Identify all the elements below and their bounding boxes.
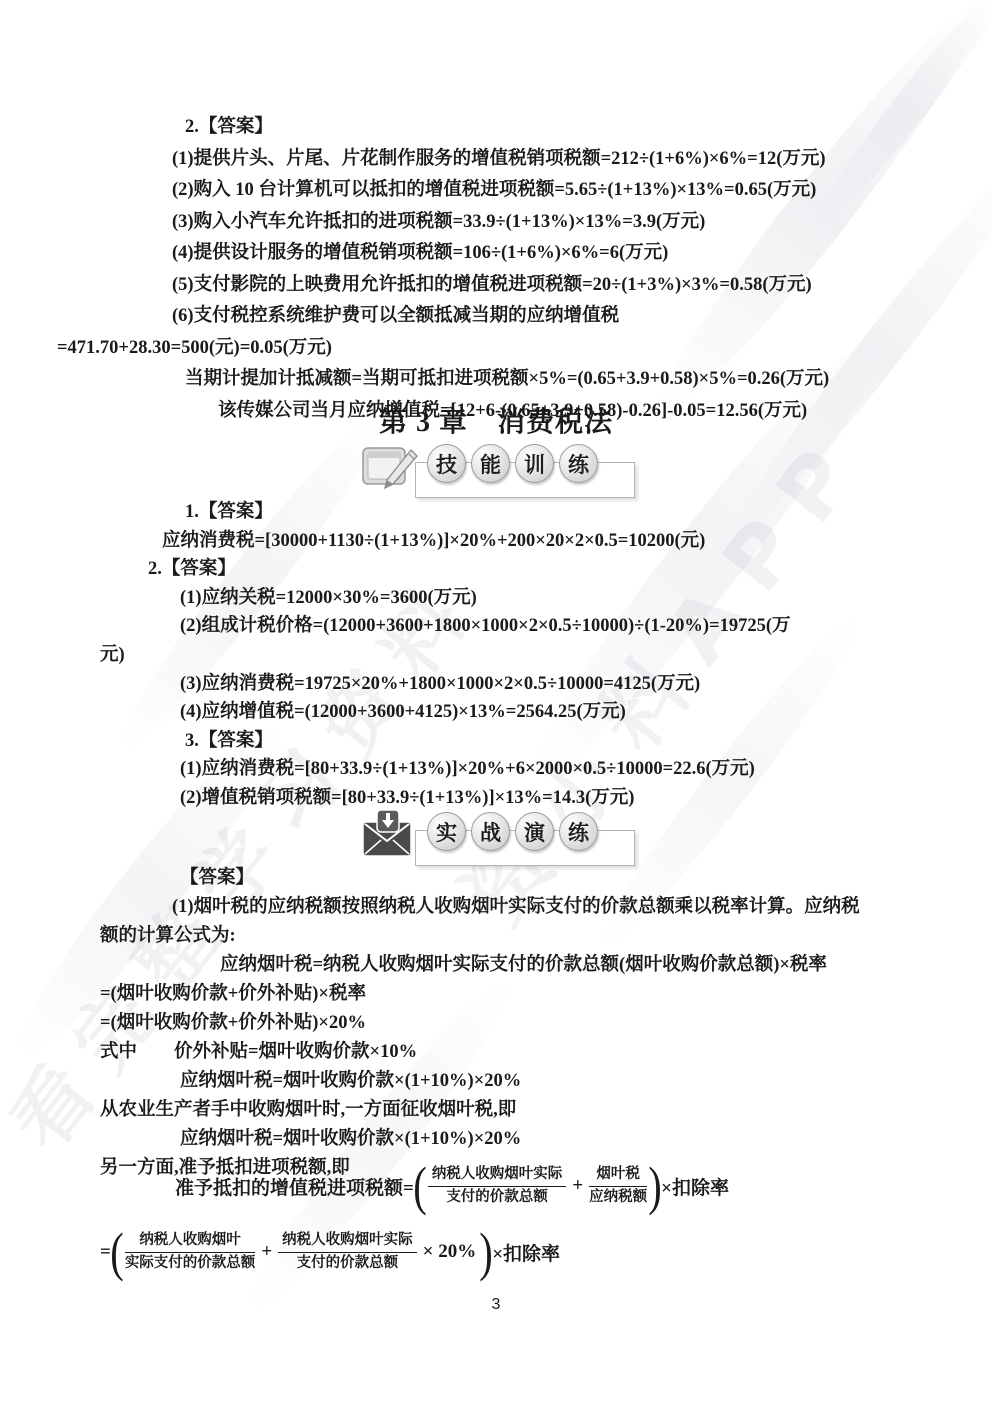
fraction: 纳税人收购烟叶实际支付的价款总额 bbox=[125, 1231, 256, 1273]
text-line: 额的计算公式为: bbox=[100, 922, 992, 951]
banner-char: 实 bbox=[427, 812, 466, 851]
text-line: 2.【答案】 bbox=[100, 112, 992, 144]
text-line: (1)提供片头、片尾、片花制作服务的增值税销项税额=212÷(1+6%)×6%=… bbox=[100, 144, 992, 176]
text-line: (5)支付影院的上映费用允许抵扣的增值税进项税额=20÷(1+3%)×3%=0.… bbox=[100, 270, 992, 302]
banner-char: 技 bbox=[427, 444, 466, 483]
text-line: 应纳烟叶税=纳税人收购烟叶实际支付的价款总额(烟叶收购价款总额)×税率 bbox=[100, 951, 992, 980]
text-line: 应纳消费税=[30000+1130÷(1+13%)]×20%+200×20×2×… bbox=[100, 527, 992, 556]
text-line: 元) bbox=[100, 641, 992, 670]
multiply-operator: × 20% bbox=[423, 1241, 477, 1262]
banner-char: 练 bbox=[559, 444, 598, 483]
close-paren: ) bbox=[648, 1162, 661, 1211]
answer-section-skill: 1.【答案】应纳消费税=[30000+1130÷(1+13%)]×20%+200… bbox=[100, 498, 992, 813]
text-line: (1)应纳消费税=[80+33.9÷(1+13%)]×20%+6×2000×0.… bbox=[100, 755, 992, 784]
fraction-numerator: 纳税人收购烟叶实际 bbox=[428, 1165, 567, 1187]
formula-lead: = bbox=[100, 1241, 111, 1262]
banner-label: 实战演练 bbox=[427, 812, 598, 851]
text-line: =(烟叶收购价款+价外补贴)×20% bbox=[100, 1009, 992, 1038]
fraction: 纳税人收购烟叶实际支付的价款总额 bbox=[278, 1231, 417, 1273]
text-line: (3)应纳消费税=19725×20%+1800×1000×2×0.5÷10000… bbox=[100, 670, 992, 699]
banner-char: 演 bbox=[515, 812, 554, 851]
fraction-denominator: 支付的价款总额 bbox=[278, 1253, 417, 1274]
answer-section-top: 2.【答案】(1)提供片头、片尾、片花制作服务的增值税销项税额=212÷(1+6… bbox=[100, 112, 992, 427]
text-line: 【答案】 bbox=[100, 864, 992, 893]
text-line: =471.70+28.30=500(元)=0.05(万元) bbox=[57, 333, 992, 365]
fraction-numerator: 纳税人收购烟叶 bbox=[125, 1231, 256, 1253]
fraction-numerator: 纳税人收购烟叶实际 bbox=[278, 1231, 417, 1253]
text-line: =(烟叶收购价款+价外补贴)×税率 bbox=[100, 980, 992, 1009]
chapter-title: 第 3 章 消费税法 bbox=[0, 400, 992, 440]
banner-practice-drill: 实战演练 bbox=[371, 808, 621, 864]
text-line: (1)应纳关税=12000×30%=3600(万元) bbox=[100, 584, 992, 613]
formula-tail: ×扣除率 bbox=[661, 1178, 729, 1199]
text-line: (2)购入 10 台计算机可以抵扣的增值税进项税额=5.65÷(1+13%)×1… bbox=[100, 175, 992, 207]
text-line: (4)提供设计服务的增值税销项税额=106÷(1+6%)×6%=6(万元) bbox=[100, 238, 992, 270]
text-line: 应纳烟叶税=烟叶收购价款×(1+10%)×20% bbox=[100, 1125, 992, 1154]
text-line: 从农业生产者手中收购烟叶时,一方面征收烟叶税,即 bbox=[100, 1096, 992, 1125]
text-line: (3)购入小汽车允许抵扣的进项税额=33.9÷(1+13%)×13%=3.9(万… bbox=[100, 207, 992, 239]
banner-char: 战 bbox=[471, 812, 510, 851]
fraction-numerator: 烟叶税 bbox=[589, 1165, 647, 1187]
banner-skill-training: 技能训练 bbox=[371, 440, 621, 496]
banner-char: 练 bbox=[559, 812, 598, 851]
open-paren: ( bbox=[110, 1228, 123, 1277]
banner-char: 能 bbox=[471, 444, 510, 483]
page-number: 3 bbox=[0, 1296, 992, 1314]
text-line: 式中 价外补贴=烟叶收购价款×10% bbox=[100, 1038, 992, 1067]
formula-deductible-input-vat-expanded: =(纳税人收购烟叶实际支付的价款总额+纳税人收购烟叶实际支付的价款总额× 20%… bbox=[100, 1228, 560, 1277]
text-line: (4)应纳增值税=(12000+3600+4125)×13%=2564.25(万… bbox=[100, 698, 992, 727]
tablet-pencil-icon bbox=[359, 440, 423, 496]
open-paren: ( bbox=[413, 1162, 426, 1211]
formula-deductible-input-vat: 准予抵扣的增值税进项税额=(纳税人收购烟叶实际支付的价款总额+烟叶税应纳税额)×… bbox=[100, 1162, 729, 1211]
text-line: 3.【答案】 bbox=[100, 727, 992, 756]
fraction-denominator: 应纳税额 bbox=[589, 1187, 647, 1208]
text-line: (2)组成计税价格=(12000+3600+1800×1000×2×0.5÷10… bbox=[100, 612, 992, 641]
plus-operator: + bbox=[261, 1241, 272, 1262]
banner-label: 技能训练 bbox=[427, 444, 598, 483]
text-line: 应纳烟叶税=烟叶收购价款×(1+10%)×20% bbox=[100, 1067, 992, 1096]
text-line: 2.【答案】 bbox=[100, 555, 992, 584]
envelope-download-icon bbox=[359, 808, 423, 864]
plus-operator: + bbox=[572, 1175, 583, 1196]
text-line: 当期计提加计抵减额=当期可抵扣进项税额×5%=(0.65+3.9+0.58)×5… bbox=[100, 364, 992, 396]
fraction: 纳税人收购烟叶实际支付的价款总额 bbox=[428, 1165, 567, 1207]
fraction-denominator: 支付的价款总额 bbox=[428, 1187, 567, 1208]
formula-tail: ×扣除率 bbox=[492, 1244, 560, 1265]
formula-lead: 准予抵扣的增值税进项税额= bbox=[175, 1178, 414, 1199]
banner-char: 训 bbox=[515, 444, 554, 483]
fraction: 烟叶税应纳税额 bbox=[589, 1165, 647, 1207]
text-line: (6)支付税控系统维护费可以全额抵减当期的应纳增值税 bbox=[100, 301, 992, 333]
text-line: (1)烟叶税的应纳税额按照纳税人收购烟叶实际支付的价款总额乘以税率计算。应纳税 bbox=[100, 893, 992, 922]
document-page: 看完整学习资料 资小料APP 2.【答案】(1)提供片头、片尾、片花制作服务的增… bbox=[0, 0, 992, 1403]
answer-section-practice: 【答案】(1)烟叶税的应纳税额按照纳税人收购烟叶实际支付的价款总额乘以税率计算。… bbox=[100, 864, 992, 1183]
close-paren: ) bbox=[479, 1228, 492, 1277]
fraction-denominator: 实际支付的价款总额 bbox=[125, 1253, 256, 1274]
text-line: 1.【答案】 bbox=[100, 498, 992, 527]
